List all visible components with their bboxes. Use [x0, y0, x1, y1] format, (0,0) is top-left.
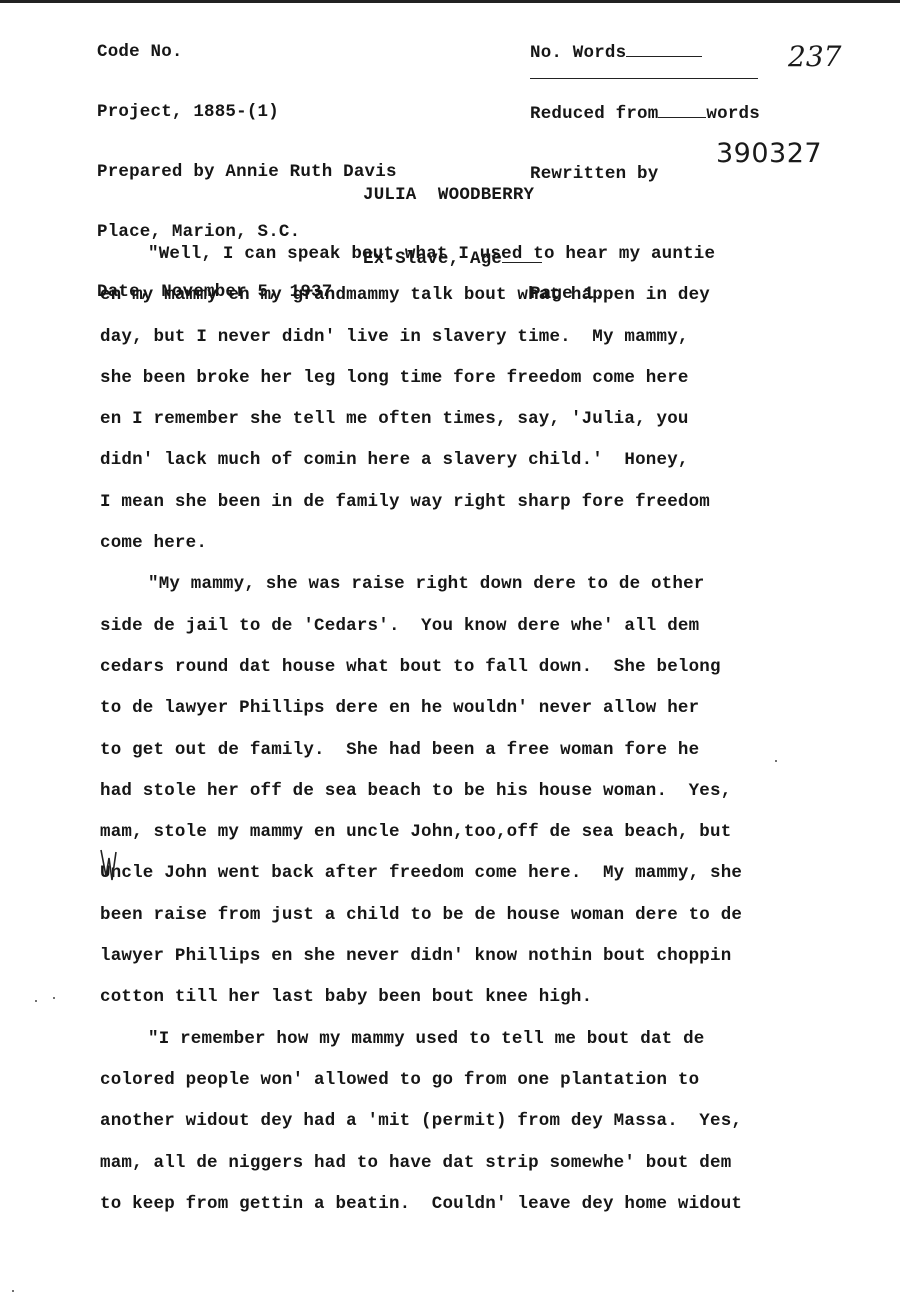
- scan-speck: [35, 1000, 37, 1002]
- body-line: "I remember how my mammy used to tell me…: [100, 1027, 860, 1068]
- scan-speck: [12, 1290, 14, 1292]
- word-count-field: No. Words: [530, 42, 760, 63]
- reduced-from-field: Reduced fromwords: [530, 103, 760, 124]
- place-field: Place, Marion, S.C.: [97, 222, 397, 242]
- body-line: en I remember she tell me often times, s…: [100, 407, 860, 448]
- body-line: to de lawyer Phillips dere en he wouldn'…: [100, 696, 860, 737]
- code-number-field: Code No.: [97, 42, 397, 62]
- body-line: been raise from just a child to be de ho…: [100, 903, 860, 944]
- scan-speck: [775, 760, 777, 762]
- reduced-from-blank: [658, 103, 706, 118]
- body-line: she been broke her leg long time fore fr…: [100, 366, 860, 407]
- body-line: I mean she been in de family way right s…: [100, 490, 860, 531]
- body-line: didn' lack much of comin here a slavery …: [100, 448, 860, 489]
- reduced-from-label: Reduced from: [530, 104, 658, 124]
- body-line: to get out de family. She had been a fre…: [100, 738, 860, 779]
- rewritten-by-rule: [530, 78, 758, 79]
- spacer: [530, 224, 760, 244]
- body-line: side de jail to de 'Cedars'. You know de…: [100, 614, 860, 655]
- body-line: Uncle John went back after freedom come …: [100, 861, 860, 902]
- interviewee-name: JULIA WOODBERRY: [363, 185, 542, 206]
- scan-speck: [53, 997, 55, 999]
- body-line: "Well, I can speak bout what I used to h…: [100, 242, 860, 283]
- archive-stamp-number: 390327: [716, 138, 822, 169]
- body-line: "My mammy, she was raise right down dere…: [100, 572, 860, 613]
- project-field: Project, 1885-(1): [97, 102, 397, 122]
- body-line: had stole her off de sea beach to be his…: [100, 779, 860, 820]
- body-line: mam, all de niggers had to have dat stri…: [100, 1151, 860, 1192]
- document-page: Code No. Project, 1885-(1) Prepared by A…: [0, 0, 900, 1305]
- narrative-body: "Well, I can speak bout what I used to h…: [100, 242, 860, 1233]
- handwritten-correction-mark: [98, 846, 120, 886]
- handwritten-page-number: 237: [788, 40, 841, 73]
- body-line: come here.: [100, 531, 860, 572]
- body-line: day, but I never didn' live in slavery t…: [100, 325, 860, 366]
- body-line: en my mammy en my grandmammy talk bout w…: [100, 283, 860, 324]
- word-count-blank: [626, 42, 702, 57]
- prepared-by-field: Prepared by Annie Ruth Davis: [97, 162, 397, 182]
- body-line: another widout dey had a 'mit (permit) f…: [100, 1109, 860, 1150]
- word-count-label: No. Words: [530, 43, 626, 63]
- body-line: to keep from gettin a beatin. Couldn' le…: [100, 1192, 860, 1233]
- body-line: mam, stole my mammy en uncle John,too,of…: [100, 820, 860, 861]
- body-line: cedars round dat house what bout to fall…: [100, 655, 860, 696]
- body-line: cotton till her last baby been bout knee…: [100, 985, 860, 1026]
- reduced-from-suffix: words: [706, 104, 760, 124]
- body-line: colored people won' allowed to go from o…: [100, 1068, 860, 1109]
- body-line: lawyer Phillips en she never didn' know …: [100, 944, 860, 985]
